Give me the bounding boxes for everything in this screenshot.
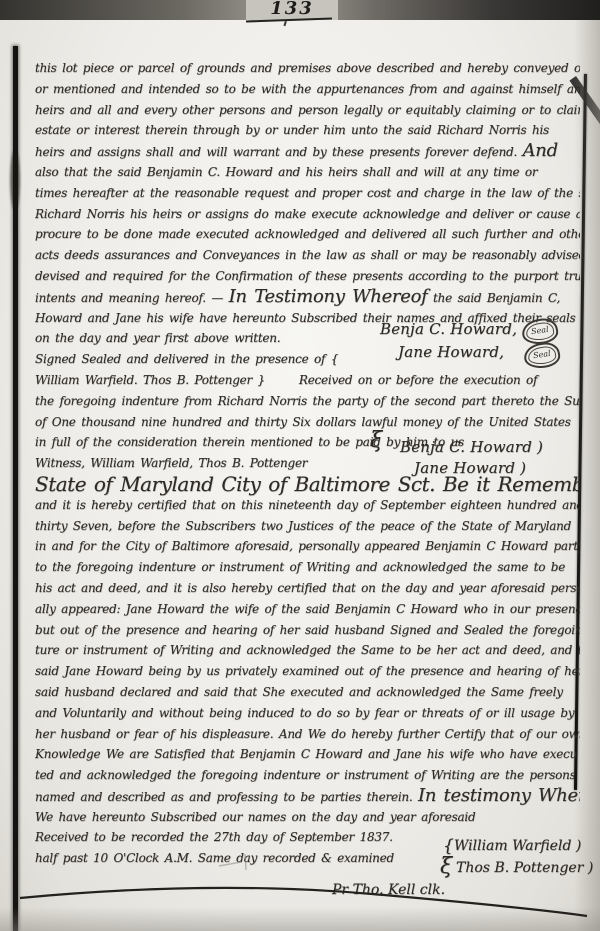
manuscript-line: of One thousand nine hundred and thirty … <box>35 412 580 433</box>
manuscript-line: also that the said Benjamin C. Howard an… <box>35 162 580 183</box>
manuscript-line: in and for the City of Baltimore aforesa… <box>35 536 580 557</box>
manuscript-line: acts deeds assurances and Conveyances in… <box>35 245 580 266</box>
signature-william-warfield: William Warfield ) <box>454 838 581 854</box>
manuscript-line: heirs and assigns shall and will warrant… <box>35 141 580 162</box>
pencil-mark <box>215 848 285 884</box>
manuscript-line: and it is hereby certified that on this … <box>35 495 580 516</box>
flourish-squiggle: ξ <box>440 854 451 879</box>
manuscript-line: Richard Norris his heirs or assigns do m… <box>35 204 580 225</box>
manuscript-line: William Warfield. Thos B. Pottenger }Rec… <box>35 370 580 391</box>
manuscript-line: heirs and all and every other persons an… <box>35 100 580 121</box>
signature-benjamin-howard-receipt: Benja C. Howard ) <box>400 438 543 456</box>
flourish-line <box>12 880 592 930</box>
manuscript-line: estate or interest therein through by or… <box>35 120 580 141</box>
manuscript-line: intents and meaning hereof. — In Testimo… <box>35 287 580 308</box>
flourish-squiggle: ξ <box>370 428 381 453</box>
witness-brace: { <box>443 836 454 856</box>
manuscript-line: his act and deed, and it is also hereby … <box>35 578 580 599</box>
signature-benjamin-howard: Benja C. Howard, <box>380 320 517 338</box>
manuscript-line: Knowledge We are Satisfied that Benjamin… <box>35 744 580 765</box>
page-number: 133 <box>250 0 334 19</box>
signature-thomas-pottenger: Thos B. Pottenger ) <box>456 860 593 876</box>
manuscript-body: this lot piece or parcel of grounds and … <box>35 58 580 931</box>
manuscript-line: or mentioned and intended so to be with … <box>35 79 580 100</box>
manuscript-line: named and described as and professing to… <box>35 786 580 807</box>
signature-jane-howard-receipt: Jane Howard ) <box>414 459 526 477</box>
signature-jane-howard: Jane Howard, <box>398 343 504 361</box>
page-number-tick <box>283 21 292 28</box>
manuscript-line: procure to be done made executed acknowl… <box>35 224 580 245</box>
manuscript-line: said Jane Howard being by us privately e… <box>35 661 580 682</box>
binding-shadow <box>10 150 20 210</box>
scanned-deed-page: 133 this lot piece or parcel of grounds … <box>0 0 600 931</box>
manuscript-line: this lot piece or parcel of grounds and … <box>35 58 580 79</box>
manuscript-line: thirty Seven, before the Subscribers two… <box>35 516 580 537</box>
manuscript-line: devised and required for the Confirmatio… <box>35 266 580 287</box>
manuscript-line: State of Maryland City of Baltimore Sct.… <box>35 474 580 495</box>
manuscript-line: We have hereunto Subscribed our names on… <box>35 807 580 828</box>
manuscript-line: to the foregoing indenture or instrument… <box>35 557 580 578</box>
manuscript-line: and Voluntarily and without being induce… <box>35 703 580 724</box>
manuscript-line: but out of the presence and hearing of h… <box>35 620 580 641</box>
manuscript-line: ted and acknowledged the foregoing inden… <box>35 765 580 786</box>
manuscript-line: ally appeared: Jane Howard the wife of t… <box>35 599 580 620</box>
manuscript-line: the foregoing indenture from Richard Nor… <box>35 391 580 412</box>
manuscript-line: times hereafter at the reasonable reques… <box>35 183 580 204</box>
manuscript-line: her husband or fear of his displeasure. … <box>35 724 580 745</box>
manuscript-line: said husband declared and said that She … <box>35 682 580 703</box>
manuscript-line: ture or instrument of Writing and acknow… <box>35 640 580 661</box>
